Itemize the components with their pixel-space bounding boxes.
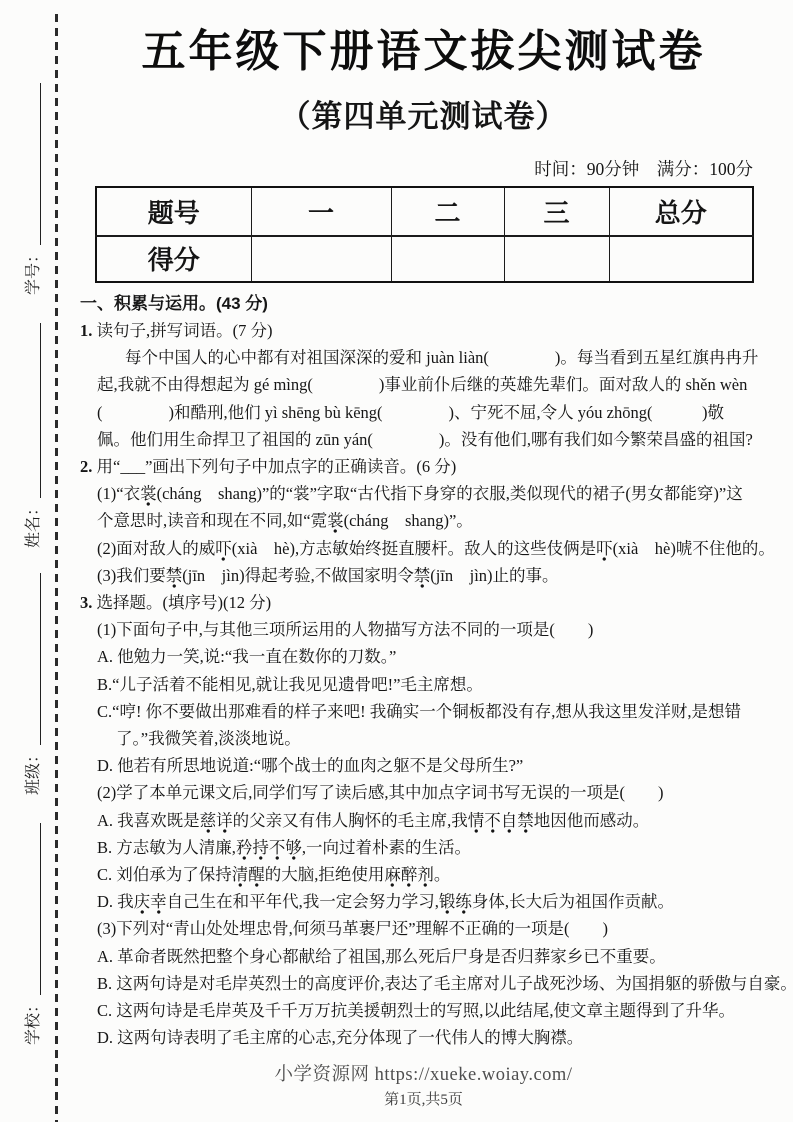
- score-table-col-2: 二: [391, 187, 504, 236]
- body-line: 1. 读句子,拼写词语。(7 分): [80, 317, 767, 344]
- body-line: 了。”我微笑着,淡淡地说。: [80, 725, 767, 752]
- page-footer: 小学资源网 https://xueke.woiay.com/ 第1页,共5页: [80, 1060, 767, 1109]
- score-cell: [391, 236, 504, 282]
- student-number-blank-line: [40, 83, 41, 245]
- class-field: 班级：: [22, 573, 44, 795]
- body-line: 个意思时,读音和现在不同,如“霓裳(cháng shang)”。: [80, 507, 767, 534]
- dashed-cut-line: [55, 14, 58, 1122]
- body-line: (2)面对敌人的威吓(xià hè),方志敏始终挺直腰杆。敌人的这些伎俩是吓(x…: [80, 535, 767, 562]
- score-cell: [251, 236, 391, 282]
- paper-subtitle: （第四单元测试卷）: [80, 91, 767, 136]
- student-name-field: 姓名：: [22, 323, 44, 548]
- score-table-label-cell: 题号: [96, 187, 251, 236]
- paper-title: 五年级下册语文拔尖测试卷: [80, 26, 767, 79]
- test-paper-page: 学号： 姓名： 班级： 学校： 五年级下册语文拔尖测试卷 （第四单元测试卷） 时…: [0, 0, 793, 1122]
- body-line: A. 我喜欢既是慈详的父亲又有伟人胸怀的毛主席,我情不自禁地因他而感动。: [80, 807, 767, 834]
- student-name-blank-line: [40, 323, 41, 498]
- body-line: B.“儿子活着不能相见,就让我见见遗骨吧!”毛主席想。: [80, 671, 767, 698]
- score-table-col-3: 三: [504, 187, 609, 236]
- body-line: A. 革命者既然把整个身心都献给了祖国,那么死后尸身是否归葬家乡已不重要。: [80, 943, 767, 970]
- footer-site-url: 小学资源网 https://xueke.woiay.com/: [80, 1060, 767, 1086]
- footer-page-number: 第1页,共5页: [80, 1088, 767, 1109]
- class-blank-line: [40, 573, 41, 745]
- body-line: (1)“衣裳(cháng shang)”的“裳”字取“古代指下身穿的衣服,类似现…: [80, 480, 767, 507]
- body-line: B. 方志敏为人清廉,矜持不够,一向过着朴素的生活。: [80, 834, 767, 861]
- body-line: (3)下列对“青山处处埋忠骨,何须马革裹尸还”理解不正确的一项是( ): [80, 915, 767, 942]
- body-line: (2)学了本单元课文后,同学们写了读后感,其中加点字词书写无误的一项是( ): [80, 779, 767, 806]
- score-row-label-cell: 得分: [96, 236, 251, 282]
- student-number-field: 学号：: [22, 83, 44, 295]
- class-label: 班级：: [24, 747, 44, 795]
- body-line: (3)我们要禁(jīn jìn)得起考验,不做国家明令禁(jīn jìn)止的事…: [80, 562, 767, 589]
- body-line: D. 我庆幸自己生在和平年代,我一定会努力学习,锻练身体,长大后为祖国作贡献。: [80, 888, 767, 915]
- body-line: ( )和酷刑,他们 yì shēng bù kēng( )、宁死不屈,令人 yó…: [80, 399, 767, 426]
- score-table-col-1: 一: [251, 187, 391, 236]
- score-cell: [609, 236, 753, 282]
- body-line: (1)下面句子中,与其他三项所运用的人物描写方法不同的一项是( ): [80, 616, 767, 643]
- body-line: 一、积累与运用。(43 分): [80, 290, 767, 317]
- student-number-label: 学号：: [24, 247, 44, 295]
- body-line: A. 他勉力一笑,说:“我一直在数你的刀数。”: [80, 643, 767, 670]
- body-line: D. 这两句诗表明了毛主席的心志,充分体现了一代伟人的博大胸襟。: [80, 1024, 767, 1051]
- score-table-score-row: 得分: [96, 236, 753, 282]
- score-table: 题号 一 二 三 总分 得分: [95, 186, 754, 283]
- student-name-label: 姓名：: [24, 500, 44, 548]
- body-line: 2. 用“___”画出下列句子中加点字的正确读音。(6 分): [80, 453, 767, 480]
- body-line: 每个中国人的心中都有对祖国深深的爱和 juàn liàn( )。每当看到五星红旗…: [80, 344, 767, 371]
- score-cell: [504, 236, 609, 282]
- school-field: 学校：: [22, 823, 44, 1045]
- body-line: 起,我就不由得想起为 gé mìng( )事业前仆后继的英雄先辈们。面对敌人的 …: [80, 371, 767, 398]
- body-line: 3. 选择题。(填序号)(12 分): [80, 589, 767, 616]
- body-line: C. 这两句诗是毛岸英及千千万万抗美援朝烈士的写照,以此结尾,使文章主题得到了升…: [80, 997, 767, 1024]
- score-table-col-total: 总分: [609, 187, 753, 236]
- body-line: B. 这两句诗是对毛岸英烈士的高度评价,表达了毛主席对儿子战死沙场、为国捐躯的骄…: [80, 970, 767, 997]
- school-label: 学校：: [24, 997, 44, 1045]
- time-fullscore-meta: 时间：90分钟 满分：100分: [80, 156, 767, 181]
- body-line: C.“哼! 你不要做出那难看的样子来吧! 我确实一个铜板都没有存,想从我这里发洋…: [80, 698, 767, 725]
- score-table-header-row: 题号 一 二 三 总分: [96, 187, 753, 236]
- body-line: C. 刘伯承为了保持清醒的大脑,拒绝使用麻醉剂。: [80, 861, 767, 888]
- question-body: 一、积累与运用。(43 分)1. 读句子,拼写词语。(7 分)每个中国人的心中都…: [80, 290, 767, 1052]
- body-line: 佩。他们用生命捍卫了祖国的 zūn yán( )。没有他们,哪有我们如今繁荣昌盛…: [80, 426, 767, 453]
- paper-content: 五年级下册语文拔尖测试卷 （第四单元测试卷） 时间：90分钟 满分：100分 题…: [80, 26, 767, 1109]
- body-line: D. 他若有所思地说道:“哪个战士的血肉之躯不是父母所生?”: [80, 752, 767, 779]
- school-blank-line: [40, 823, 41, 995]
